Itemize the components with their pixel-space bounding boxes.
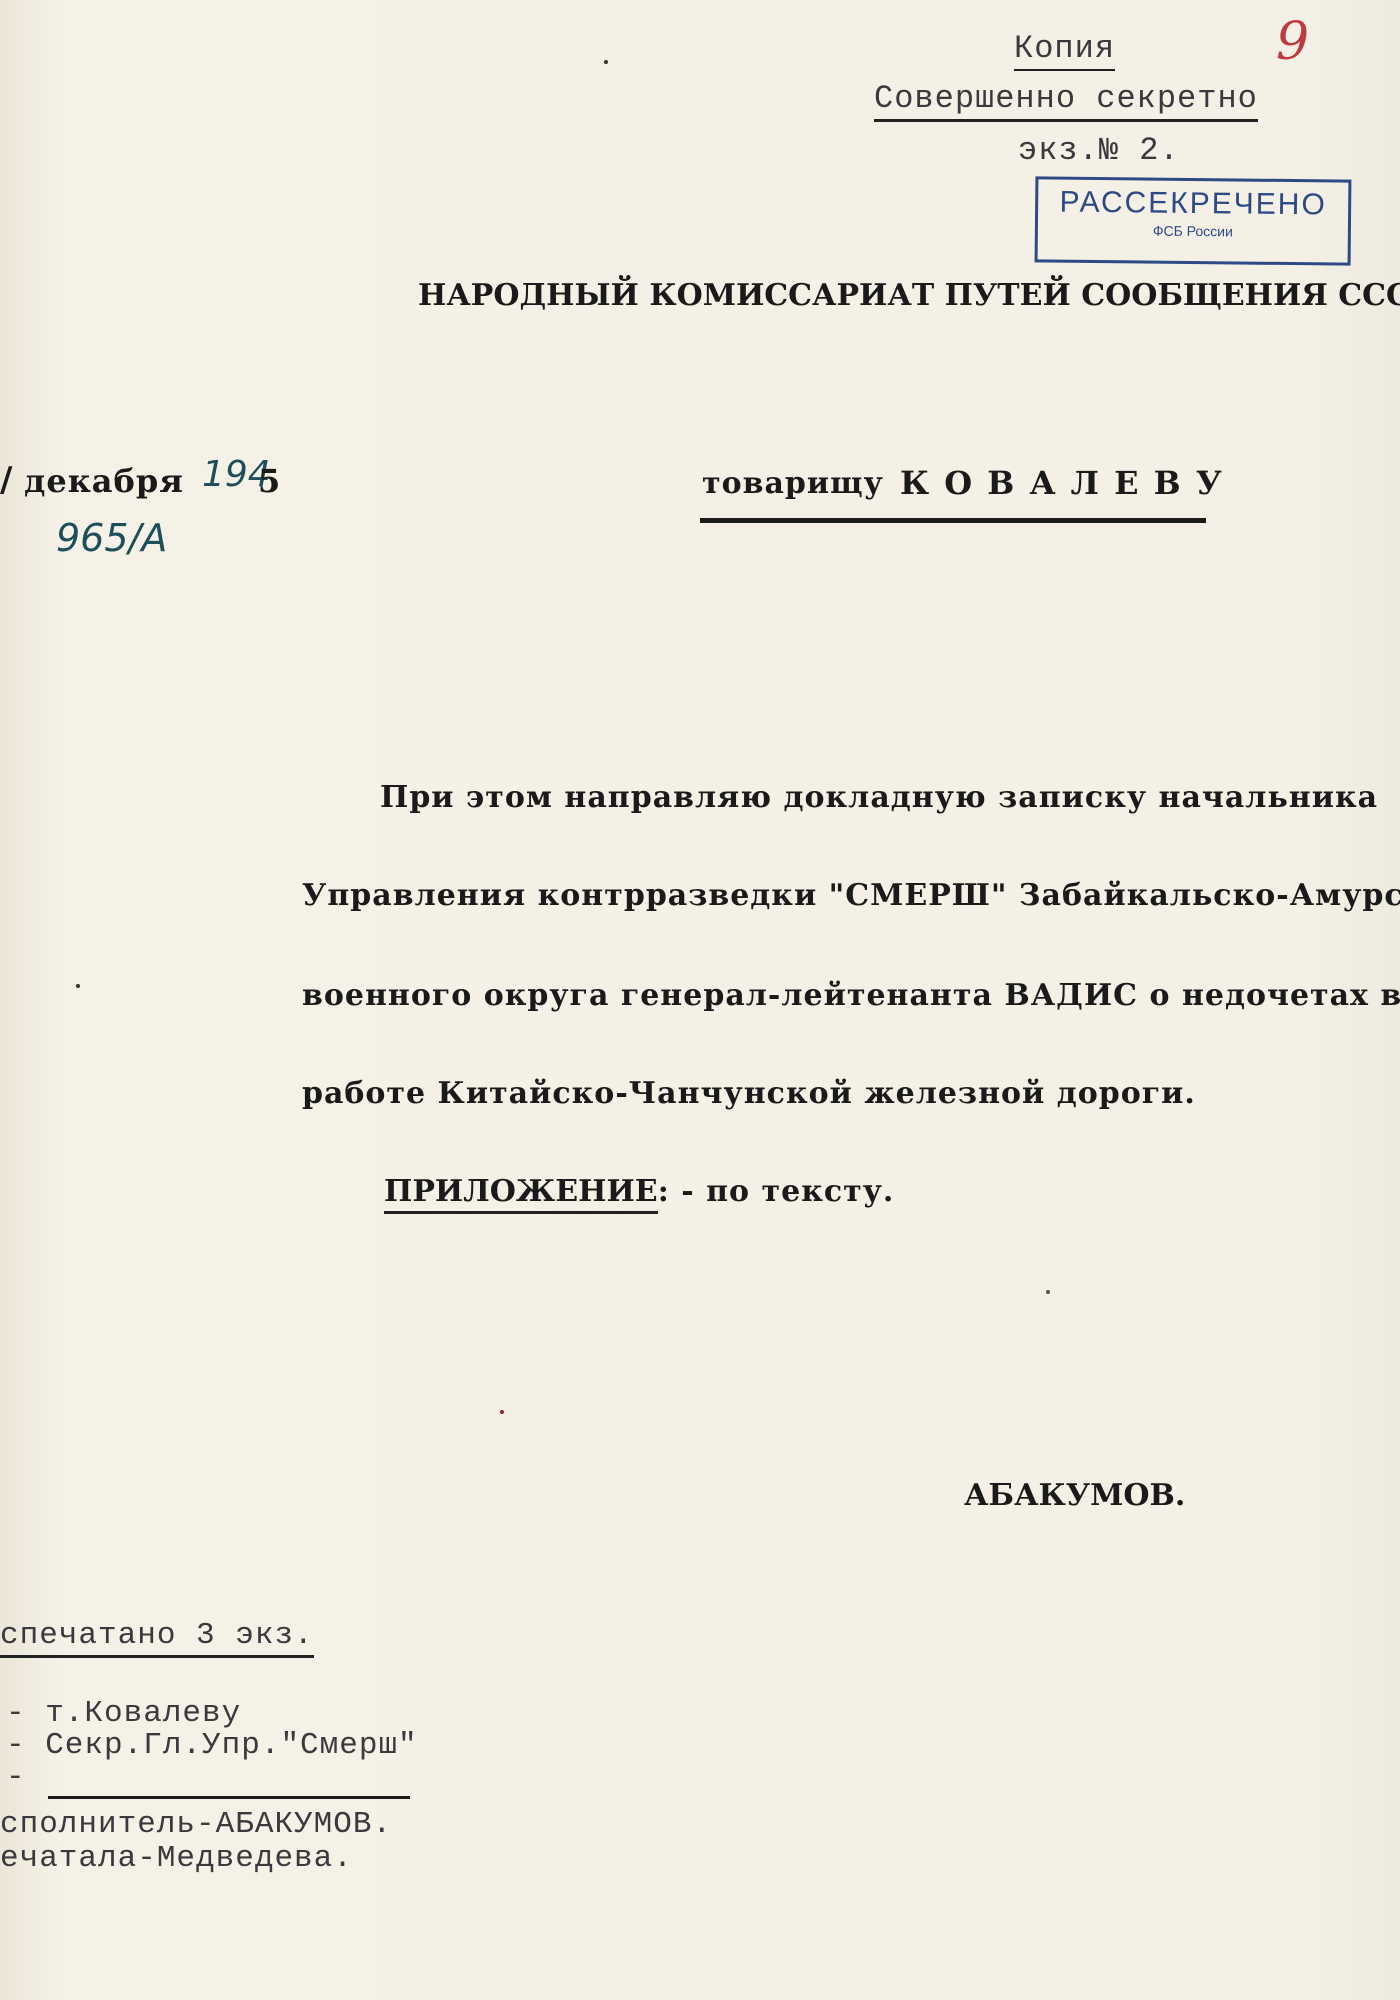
handwritten-page-number: 9 [1276,12,1309,72]
date-year-typed: 5 [258,462,281,500]
signature: АБАКУМОВ. [964,1478,1185,1513]
executor-line: сполнитель-АБАКУМОВ. [0,1808,392,1842]
paper-speck [604,60,608,64]
printed-copies: спечатано 3 экз. [0,1618,314,1658]
distribution-rule [48,1796,410,1799]
paper-speck [1046,1290,1050,1294]
registration-number: 965/А [56,516,167,560]
body-line-4: работе Китайско-Чанчунской железной доро… [302,1076,1196,1111]
stamp-subtitle: ФСБ России [1038,221,1348,240]
distribution-item-3: - [6,1762,26,1794]
addressee-prefix: товарищу [702,466,884,501]
date-month: декабря [24,462,184,500]
body-line-1: При этом направляю докладную записку нач… [380,780,1378,815]
typist-line: ечатала-Медведева. [0,1842,353,1876]
copy-number: экз.№ 2. [1018,132,1180,169]
addressee-underline [700,518,1206,523]
distribution-item-1: - т.Ковалеву [6,1698,241,1730]
declassified-stamp: РАССЕКРЕЧЕНО ФСБ России [1035,176,1352,265]
attachment-line: ПРИЛОЖЕНИЕ: - по тексту. [384,1174,894,1209]
attachment-text: : - по тексту. [658,1174,895,1209]
date-day-fragment: / [0,460,13,500]
addressee-name: К О В А Л Е В У [900,464,1224,502]
organization-title: НАРОДНЫЙ КОМИССАРИАТ ПУТЕЙ СООБЩЕНИЯ ССС… [418,278,1400,313]
stamp-title: РАССЕКРЕЧЕНО [1038,185,1348,222]
paper-speck [76,984,80,988]
paper-speck [500,1410,504,1414]
copy-label: Копия [1014,30,1115,71]
distribution-item-2: - Секр.Гл.Упр."Смерш" [6,1730,418,1762]
attachment-label: ПРИЛОЖЕНИЕ [384,1174,658,1214]
body-line-3: военного округа генерал-лейтенанта ВАДИС… [302,978,1400,1013]
body-line-2: Управления контрразведки "СМЕРШ" Забайка… [302,878,1400,913]
classification-label: Совершенно секретно [874,80,1258,122]
